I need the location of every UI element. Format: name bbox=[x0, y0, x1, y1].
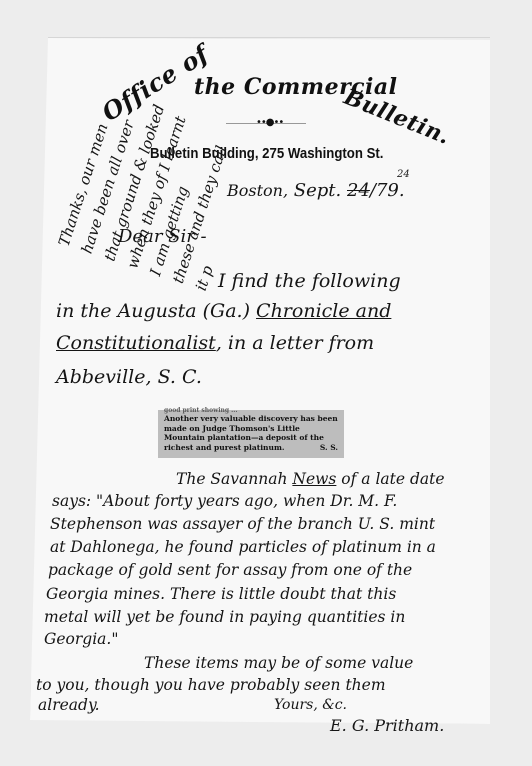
body-line: Georgia mines. There is little doubt tha… bbox=[46, 585, 396, 603]
clipping-signature: S. S. bbox=[320, 443, 338, 453]
body-line: The Savannah News of a late date bbox=[176, 470, 445, 488]
body-line: in the Augusta (Ga.) Chronicle and bbox=[56, 300, 391, 322]
signature: E. G. Pritham. bbox=[330, 716, 444, 735]
dateline: Boston, Sept. 24/79. bbox=[227, 180, 405, 201]
body-line: package of gold sent for assay from one … bbox=[48, 561, 412, 579]
body-line: These items may be of some value bbox=[144, 654, 413, 672]
body-text: The Savannah bbox=[176, 470, 292, 488]
body-line: I find the following bbox=[218, 270, 401, 292]
body-line: Georgia." bbox=[44, 630, 118, 648]
newspaper-title: News bbox=[292, 470, 336, 488]
date-day-struck: 24 bbox=[347, 180, 370, 201]
newspaper-title: Chronicle and bbox=[256, 300, 391, 322]
newspaper-title: Constitutionalist bbox=[56, 332, 216, 354]
body-line: metal will yet be found in paying quanti… bbox=[44, 608, 405, 626]
body-text: , in a letter from bbox=[216, 332, 374, 354]
date-year: /79. bbox=[370, 180, 405, 201]
body-line: Stephenson was assayer of the branch U. … bbox=[50, 515, 435, 533]
body-line: says: "About forty years ago, when Dr. M… bbox=[52, 492, 397, 510]
body-text: in the Augusta (Ga.) bbox=[56, 300, 256, 322]
body-line: Abbeville, S. C. bbox=[56, 366, 202, 388]
body-line: at Dahlonega, he found particles of plat… bbox=[50, 538, 436, 556]
date-month: Sept. bbox=[294, 180, 341, 201]
ornament-icon: ••●•• bbox=[256, 117, 283, 128]
body-line: already. bbox=[38, 696, 100, 714]
clipping-text: Another very valuable discovery has been… bbox=[164, 414, 338, 452]
letterhead-the: the bbox=[194, 74, 236, 100]
date-day-correction: 24 bbox=[397, 169, 410, 180]
body-line: to you, though you have probably seen th… bbox=[36, 676, 386, 694]
page-edge bbox=[48, 37, 490, 38]
body-line: Constitutionalist, in a letter from bbox=[56, 332, 374, 354]
newspaper-clipping: good print showing ... Another very valu… bbox=[158, 410, 344, 458]
body-text: of a late date bbox=[336, 470, 444, 488]
closing: Yours, &c. bbox=[274, 697, 347, 713]
